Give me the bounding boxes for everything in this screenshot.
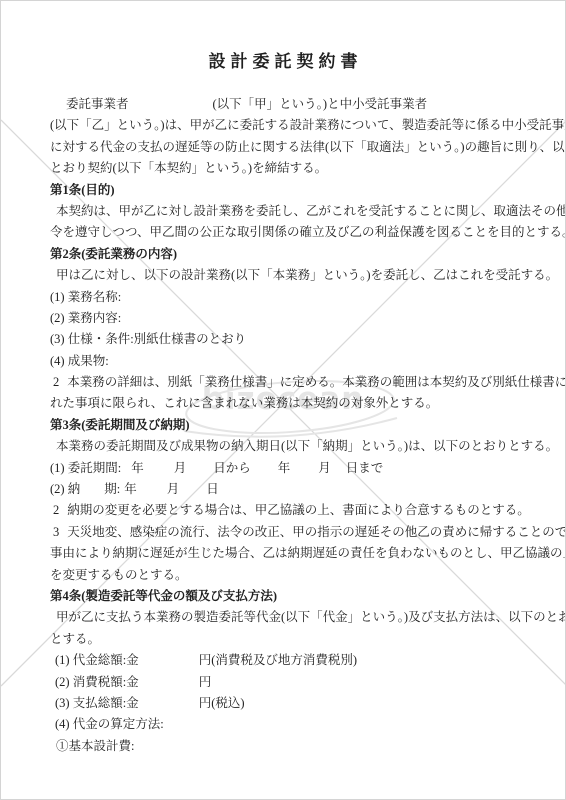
- fill-in-blank-space: [144, 471, 174, 472]
- fill-in-blank-space: [290, 471, 318, 472]
- paragraph-line: 本業務の委託期間及び成果物の納入期日(以下「納期」という。)は、以下のとおりとす…: [50, 436, 521, 457]
- clause-item-line: (3) 支払総額:金円(税込): [50, 693, 521, 714]
- fill-in-blank-space: [331, 471, 346, 472]
- paragraph-line: 令を遵守しつつ、甲乙間の公正な取引関係の確立及び乙の利益保護を図ることを目的とす…: [50, 222, 521, 243]
- text-run: 委託事業者: [66, 97, 129, 111]
- paragraph-line: とする。: [50, 629, 521, 650]
- clause-item-line: (1) 委託期間:年月日から年月日まで: [50, 458, 521, 479]
- text-run: (2) 納: [50, 482, 80, 496]
- text-run: とおり契約(以下「本契約」という。)を締結する。: [50, 161, 327, 175]
- text-run: 第2条(委託業務の内容): [50, 247, 177, 261]
- text-run: 第4条(製造委託等代金の額及び支払方法): [50, 589, 277, 603]
- text-run: 2: [53, 375, 59, 389]
- text-run: 甲は乙に対し、以下の設計業務(以下「本業務」という。)を委託し、乙はこれを受託す…: [56, 268, 558, 282]
- text-run: 円(税込): [199, 696, 245, 710]
- section-heading: 第4条(製造委託等代金の額及び支払方法): [50, 586, 521, 607]
- fill-in-blank-space: [129, 107, 213, 108]
- paragraph-line: 甲は乙に対し、以下の設計業務(以下「本業務」という。)を委託し、乙はこれを受託す…: [50, 265, 521, 286]
- fill-in-blank-space: [251, 471, 278, 472]
- text-run: 年: [278, 461, 291, 475]
- paragraph-line: とおり契約(以下「本契約」という。)を締結する。: [50, 158, 521, 179]
- text-run: 第1条(目的): [50, 183, 115, 197]
- fill-in-blank-space: [121, 471, 131, 472]
- text-run: れた事項に限られ、これに含まれない業務は本契約の対象外とする。: [50, 396, 438, 410]
- text-run: (2) 業務内容:: [50, 311, 121, 325]
- text-run: を変更するものとする。: [50, 568, 188, 582]
- clause-item-line: (2) 業務内容:: [50, 308, 521, 329]
- text-run: 日: [206, 482, 219, 496]
- text-run: 甲が乙に支払う本業務の製造委託等代金(以下「代金」という。)及び支払方法は、以下…: [56, 610, 566, 624]
- text-run: 納期の変更を必要とする場合は、甲乙協議の上、書面により合意するものとする。: [67, 503, 530, 517]
- text-run: 天災地変、感染症の流行、法令の改正、甲の指示の遅延その他乙の責めに帰することので…: [67, 525, 566, 539]
- fill-in-blank-space: [50, 107, 66, 108]
- clause-item-line: (2) 消費税額:金円: [50, 672, 521, 693]
- text-run: 月: [318, 461, 331, 475]
- text-run: (1) 代金総額:金: [55, 653, 139, 667]
- fill-in-blank-space: [179, 492, 206, 493]
- text-run: (以下「乙」という。)は、甲が乙に委託する設計業務について、製造委託等に係る中小…: [50, 118, 566, 132]
- text-run: に対する代金の支払の遅延等の防止に関する法律(以下「取適法」という。)の趣旨に則…: [50, 140, 566, 154]
- text-run: (2) 消費税額:金: [55, 675, 139, 689]
- clause-item-line: (1) 業務名称:: [50, 287, 521, 308]
- section-heading: 第3条(委託期間及び納期): [50, 415, 521, 436]
- document-body: 委託事業者(以下「甲」という。)と中小受託事業者(以下「乙」という。)は、甲が乙…: [50, 94, 521, 757]
- text-run: とする。: [50, 632, 100, 646]
- text-run: 本契約は、甲が乙に対し設計業務を委託し、乙がこれを受託することに関し、取適法その…: [56, 204, 566, 218]
- document-content: 設計委託契約書 委託事業者(以下「甲」という。)と中小受託事業者(以下「乙」とい…: [1, 47, 565, 757]
- text-run: 本業務の委託期間及び成果物の納入期日(以下「納期」という。)は、以下のとおりとす…: [56, 439, 558, 453]
- section-heading: 第2条(委託業務の内容): [50, 244, 521, 265]
- text-run: 第3条(委託期間及び納期): [50, 418, 190, 432]
- text-run: (3) 支払総額:金: [55, 696, 139, 710]
- paragraph-line: れた事項に限られ、これに含まれない業務は本契約の対象外とする。: [50, 393, 521, 414]
- text-run: 日まで: [346, 461, 384, 475]
- text-run: (以下「甲」という。)と中小受託事業者: [213, 97, 428, 111]
- paragraph-line: 委託事業者(以下「甲」という。)と中小受託事業者: [50, 94, 521, 115]
- text-run: (1) 業務名称:: [50, 290, 121, 304]
- text-run: 本業務の詳細は、別紙「業務仕様書」に定める。本業務の範囲は本契約及び別紙仕様書に…: [67, 375, 566, 389]
- fill-in-blank-space: [139, 706, 199, 707]
- clause-item-line: (3) 仕様・条件:別紙仕様書のとおり: [50, 329, 521, 350]
- fill-in-blank-space: [137, 492, 167, 493]
- clause-item-line: (2) 納期:年月日: [50, 479, 521, 500]
- paragraph-line: 事由により納期に遅延が生じた場合、乙は納期遅延の責任を負わないものとし、甲乙協議…: [50, 543, 521, 564]
- fill-in-blank-space: [80, 492, 104, 493]
- document-title: 設計委託契約書: [50, 47, 521, 72]
- text-run: 円: [199, 675, 212, 689]
- fill-in-blank-space: [139, 685, 199, 686]
- text-run: 事由により納期に遅延が生じた場合、乙は納期遅延の責任を負わないものとし、甲乙協議…: [50, 546, 566, 560]
- text-run: (3) 仕様・条件:別紙仕様書のとおり: [50, 332, 246, 346]
- text-run: (1) 委託期間:: [50, 461, 121, 475]
- text-run: 年: [124, 482, 137, 496]
- paragraph-line: 本契約は、甲が乙に対し設計業務を委託し、乙がこれを受託することに関し、取適法その…: [50, 201, 521, 222]
- clause-item-line: (4) 代金の算定方法:: [50, 714, 521, 735]
- clause-item-line: ①基本設計費:: [50, 736, 521, 757]
- text-run: (4) 代金の算定方法:: [55, 717, 164, 731]
- fill-in-blank-space: [139, 663, 199, 664]
- text-run: 年: [131, 461, 144, 475]
- text-run: ①基本設計費:: [56, 739, 134, 753]
- clause-item-line: (1) 代金総額:金円(消費税及び地方消費税別): [50, 650, 521, 671]
- text-run: 令を遵守しつつ、甲乙間の公正な取引関係の確立及び乙の利益保護を図ることを目的とす…: [50, 225, 566, 239]
- paragraph-line: に対する代金の支払の遅延等の防止に関する法律(以下「取適法」という。)の趣旨に則…: [50, 137, 521, 158]
- clause-item-line: (4) 成果物:: [50, 351, 521, 372]
- text-run: (4) 成果物:: [50, 354, 109, 368]
- text-run: 2: [53, 503, 59, 517]
- paragraph-line: 2本業務の詳細は、別紙「業務仕様書」に定める。本業務の範囲は本契約及び別紙仕様書…: [50, 372, 521, 393]
- paragraph-line: 甲が乙に支払う本業務の製造委託等代金(以下「代金」という。)及び支払方法は、以下…: [50, 607, 521, 628]
- text-run: 月: [167, 482, 180, 496]
- text-run: 月: [174, 461, 187, 475]
- section-heading: 第1条(目的): [50, 180, 521, 201]
- paragraph-line: 2納期の変更を必要とする場合は、甲乙協議の上、書面により合意するものとする。: [50, 500, 521, 521]
- text-run: 日から: [213, 461, 251, 475]
- text-run: 円(消費税及び地方消費税別): [199, 653, 357, 667]
- paragraph-line: を変更するものとする。: [50, 565, 521, 586]
- paragraph-line: (以下「乙」という。)は、甲が乙に委託する設計業務について、製造委託等に係る中小…: [50, 115, 521, 136]
- paragraph-line: 3天災地変、感染症の流行、法令の改正、甲の指示の遅延その他乙の責めに帰することの…: [50, 522, 521, 543]
- text-run: 期:: [104, 482, 120, 496]
- text-run: 3: [53, 525, 59, 539]
- contract-document-page: bizocean 設計委託契約書 委託事業者(以下「甲」という。)と中小受託事業…: [0, 0, 566, 800]
- fill-in-blank-space: [186, 471, 213, 472]
